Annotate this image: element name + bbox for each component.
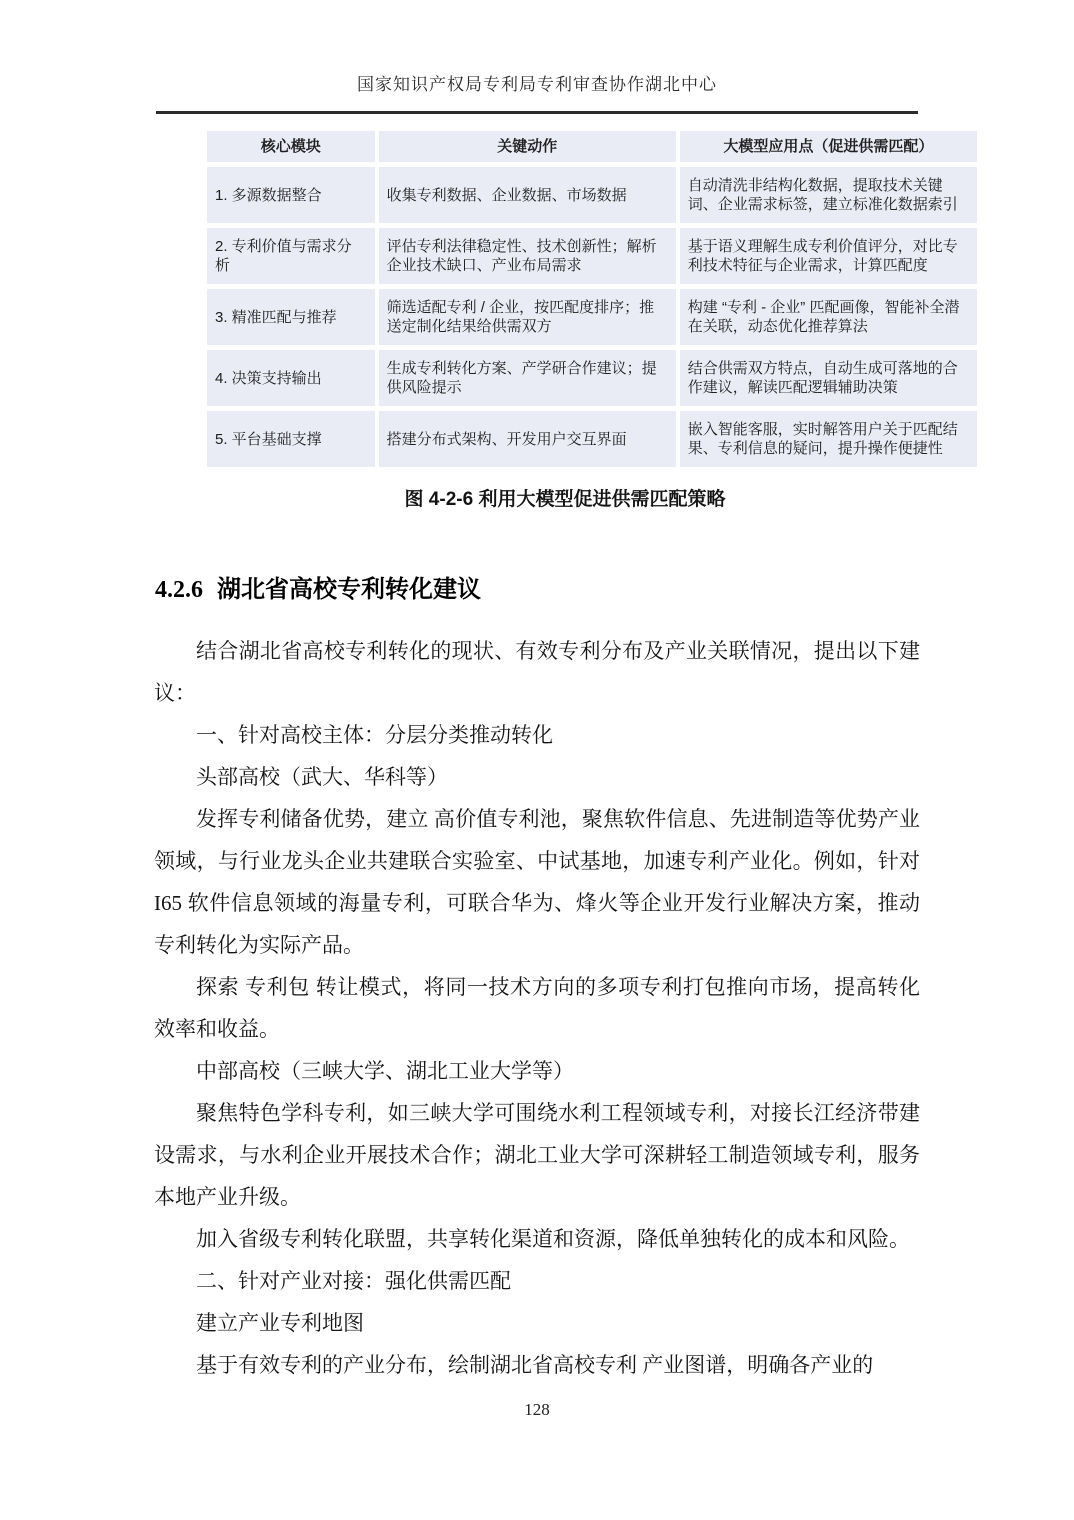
table-header-row: 核心模块 关键动作 大模型应用点（促进供需匹配） [207,131,977,162]
table-cell: 搭建分布式架构、开发用户交互界面 [379,411,676,467]
section-heading: 4.2.6湖北省高校专利转化建议 [155,569,1074,604]
modules-table-wrapper: 核心模块 关键动作 大模型应用点（促进供需匹配） 1. 多源数据整合 收集专利数… [203,126,981,472]
table-cell: 5. 平台基础支撑 [207,411,375,467]
section-number: 4.2.6 [155,577,203,603]
body-paragraph: 聚焦特色学科专利，如三峡大学可围绕水利工程领域专利，对接长江经济带建设需求，与水… [154,1092,920,1218]
table-cell: 1. 多源数据整合 [207,167,375,223]
table-header-llm-application: 大模型应用点（促进供需匹配） [680,131,977,162]
table-row: 1. 多源数据整合 收集专利数据、企业数据、市场数据 自动清洗非结构化数据，提取… [207,167,977,223]
body-text: 结合湖北省高校专利转化的现状、有效专利分布及产业关联情况，提出以下建议： 一、针… [154,630,920,1386]
table-cell: 2. 专利价值与需求分析 [207,228,375,284]
body-paragraph: 建立产业专利地图 [154,1302,920,1344]
body-paragraph: 结合湖北省高校专利转化的现状、有效专利分布及产业关联情况，提出以下建议： [154,630,920,714]
table-header-core-module: 核心模块 [207,131,375,162]
table-cell: 3. 精准匹配与推荐 [207,289,375,345]
table-cell: 评估专利法律稳定性、技术创新性；解析企业技术缺口、产业布局需求 [379,228,676,284]
table-header-key-action: 关键动作 [379,131,676,162]
table-row: 4. 决策支持输出 生成专利转化方案、产学研合作建议；提供风险提示 结合供需双方… [207,350,977,406]
section-title: 湖北省高校专利转化建议 [217,576,481,603]
table-cell: 4. 决策支持输出 [207,350,375,406]
header-rule [156,111,918,114]
table-row: 3. 精准匹配与推荐 筛选适配专利 / 企业，按匹配度排序；推送定制化结果给供需… [207,289,977,345]
table-cell: 生成专利转化方案、产学研合作建议；提供风险提示 [379,350,676,406]
body-paragraph: 中部高校（三峡大学、湖北工业大学等） [154,1050,920,1092]
running-head-title: 国家知识产权局专利局专利审查协作湖北中心 [357,75,717,94]
table-cell: 嵌入智能客服，实时解答用户关于匹配结果、专利信息的疑问，提升操作便捷性 [680,411,977,467]
modules-table: 核心模块 关键动作 大模型应用点（促进供需匹配） 1. 多源数据整合 收集专利数… [203,126,981,472]
body-paragraph: 加入省级专利转化联盟，共享转化渠道和资源，降低单独转化的成本和风险。 [154,1218,920,1260]
body-paragraph: 一、针对高校主体：分层分类推动转化 [154,714,920,756]
figure-caption: 图 4-2-6 利用大模型促进供需匹配策略 [150,484,980,511]
running-head: 国家知识产权局专利局专利审查协作湖北中心 [0,0,1074,95]
table-cell: 自动清洗非结构化数据，提取技术关键词、企业需求标签，建立标准化数据索引 [680,167,977,223]
body-paragraph: 探索 专利包 转让模式，将同一技术方向的多项专利打包推向市场，提高转化效率和收益… [154,966,920,1050]
table-cell: 结合供需双方特点，自动生成可落地的合作建议，解读匹配逻辑辅助决策 [680,350,977,406]
body-paragraph: 头部高校（武大、华科等） [154,756,920,798]
document-page: 国家知识产权局专利局专利审查协作湖北中心 核心模块 关键动作 大模型应用点（促进… [0,0,1074,1520]
body-paragraph: 基于有效专利的产业分布，绘制湖北省高校专利 产业图谱，明确各产业的 [154,1344,920,1386]
table-cell: 基于语义理解生成专利价值评分，对比专利技术特征与企业需求，计算匹配度 [680,228,977,284]
table-cell: 收集专利数据、企业数据、市场数据 [379,167,676,223]
table-cell: 筛选适配专利 / 企业，按匹配度排序；推送定制化结果给供需双方 [379,289,676,345]
table-cell: 构建 “专利 - 企业” 匹配画像，智能补全潜在关联，动态优化推荐算法 [680,289,977,345]
table-row: 2. 专利价值与需求分析 评估专利法律稳定性、技术创新性；解析企业技术缺口、产业… [207,228,977,284]
body-paragraph: 二、针对产业对接：强化供需匹配 [154,1260,920,1302]
table-row: 5. 平台基础支撑 搭建分布式架构、开发用户交互界面 嵌入智能客服，实时解答用户… [207,411,977,467]
page-number: 128 [0,1400,1074,1420]
body-paragraph: 发挥专利储备优势，建立 高价值专利池，聚焦软件信息、先进制造等优势产业领域，与行… [154,798,920,966]
